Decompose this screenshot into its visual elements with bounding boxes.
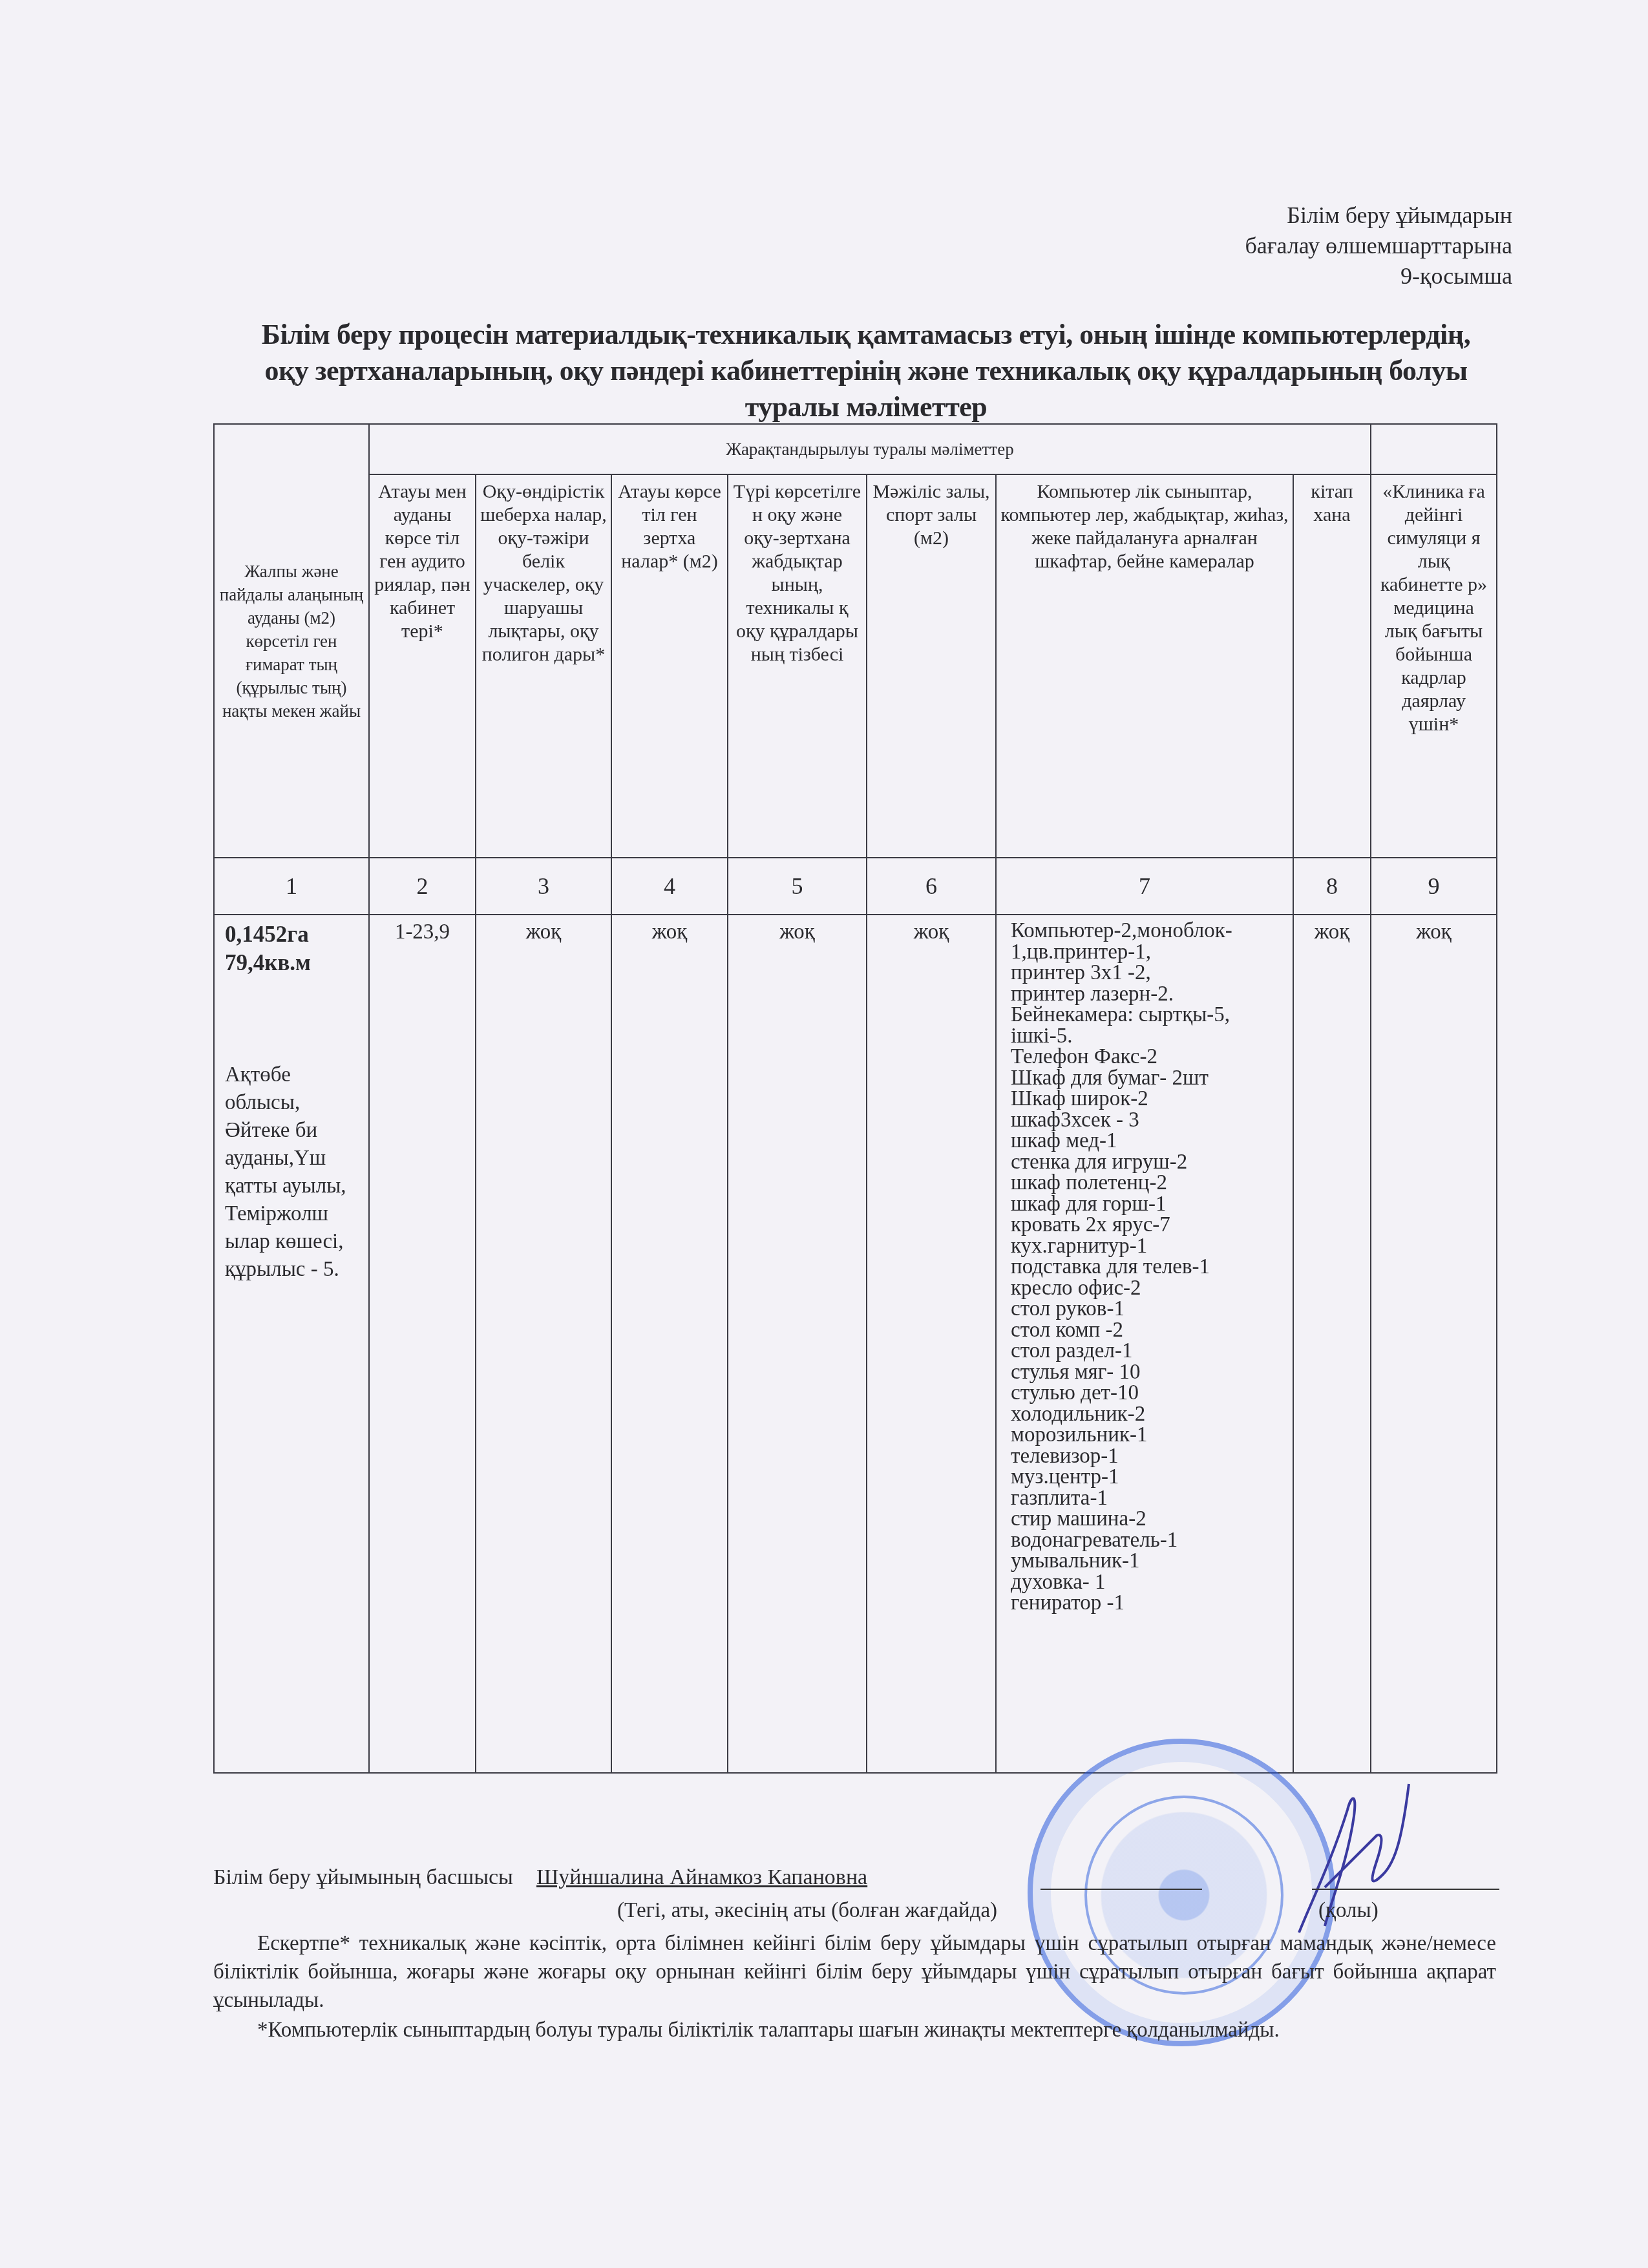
simulation-cabinets-cell: жоқ	[1371, 915, 1497, 1773]
lab-equipment-cell: жоқ	[728, 915, 867, 1773]
column-number: 1	[214, 858, 369, 915]
column-number: 8	[1293, 858, 1371, 915]
address-cell: 0,1452га 79,4кв.м Ақтөбе облысы, Әйтеке …	[214, 915, 369, 1773]
equipment-item: Компьютер-2,моноблок-	[1011, 920, 1289, 942]
column-number: 4	[611, 858, 728, 915]
name-caption: (Тегі, аты, әкесінің аты (болған жағдайд…	[617, 1899, 997, 1923]
equipment-item: стол комп -2	[1011, 1320, 1289, 1341]
sign-caption: (қолы)	[1318, 1899, 1379, 1923]
header-col-6: Мәжіліс залы, спорт залы (м2)	[867, 474, 996, 858]
halls-cell: жоқ	[867, 915, 996, 1773]
equipment-item: Шкаф для бумаг- 2шт	[1011, 1068, 1289, 1089]
column-number: 6	[867, 858, 996, 915]
equipment-item: стулья мяг- 10	[1011, 1362, 1289, 1383]
header-col-7: Компьютер лік сыныптар, компьютер лер, ж…	[996, 474, 1293, 858]
equipment-list-cell: Компьютер-2,моноблок-1,цв.принтер-1,прин…	[996, 915, 1293, 1773]
column-number-row: 1 2 3 4 5 6 7 8 9	[214, 858, 1497, 915]
equipment-item: стулью дет-10	[1011, 1383, 1289, 1404]
equipment-item: муз.центр-1	[1011, 1467, 1289, 1488]
library-cell: жоқ	[1293, 915, 1371, 1773]
equipment-item: подставка для телев-1	[1011, 1256, 1289, 1278]
group-header-empty	[1371, 424, 1497, 474]
equipment-item: гениратор -1	[1011, 1593, 1289, 1614]
equipment-item: стол руков-1	[1011, 1298, 1289, 1320]
header-col-5: Түрі көрсетілге н оқу және оқу-зертхана …	[728, 474, 867, 858]
column-number: 3	[476, 858, 611, 915]
equipment-item: шкаф3хсек - 3	[1011, 1110, 1289, 1131]
equipment-item: ішкі-5.	[1011, 1026, 1289, 1047]
equipment-item: 1,цв.принтер-1,	[1011, 942, 1289, 963]
document-title: Білім беру процесін материалдық-техникал…	[259, 317, 1474, 425]
equipment-item: Телефон Факс-2	[1011, 1046, 1289, 1068]
equipment-item: Бейнекамера: сыртқы-5,	[1011, 1004, 1289, 1026]
workshops-cell: жоқ	[476, 915, 611, 1773]
footnotes: Ескертпе* техникалық және кәсіптік, орта…	[213, 1929, 1496, 2046]
equipment-item: газплита-1	[1011, 1488, 1289, 1509]
appendix-line-1: Білім беру ұйымдарын	[1245, 200, 1512, 231]
equipment-item: кресло офис-2	[1011, 1278, 1289, 1299]
head-label: Білім беру ұйымының басшысы	[213, 1865, 513, 1890]
column-number: 7	[996, 858, 1293, 915]
head-name: Шуйншалина Айнамкоз Капановна	[536, 1865, 867, 1890]
signature-underline	[1312, 1889, 1499, 1890]
column-number: 2	[369, 858, 476, 915]
equipment-item: телевизор-1	[1011, 1446, 1289, 1467]
header-col-2: Атауы мен ауданы көрсе тіл ген аудито ри…	[369, 474, 476, 858]
appendix-line-2: бағалау өлшемшарттарына	[1245, 231, 1512, 261]
equipment-item: Шкаф широк-2	[1011, 1088, 1289, 1110]
equipment-item: шкаф полетенц-2	[1011, 1172, 1289, 1194]
equipment-list: Компьютер-2,моноблок-1,цв.принтер-1,прин…	[1011, 920, 1289, 1614]
equipment-item: духовка- 1	[1011, 1572, 1289, 1593]
equipment-item: принтер лазерн-2.	[1011, 984, 1289, 1005]
auditoriums-cell: 1-23,9	[369, 915, 476, 1773]
header-col-8: кітап хана	[1293, 474, 1371, 858]
equipment-item: принтер 3х1 -2,	[1011, 962, 1289, 984]
header-col-3: Оқу-өндірістік шеберха налар, оқу-тәжіри…	[476, 474, 611, 858]
header-col-4: Атауы көрсе тіл ген зертха налар* (м2)	[611, 474, 728, 858]
equipment-item: шкаф мед-1	[1011, 1130, 1289, 1152]
equipment-item: стир машина-2	[1011, 1509, 1289, 1530]
equipment-item: шкаф для горш-1	[1011, 1194, 1289, 1215]
equipment-item: холодильник-2	[1011, 1404, 1289, 1425]
equipment-item: умывальник-1	[1011, 1551, 1289, 1572]
header-col-1: Жалпы және пайдалы алаңының ауданы (м2) …	[214, 424, 369, 858]
area-value-sqm: 79,4кв.м	[225, 949, 364, 977]
appendix-line-3: 9-қосымша	[1245, 261, 1512, 291]
equipment-item: кровать 2х ярус-7	[1011, 1214, 1289, 1236]
address-text: Ақтөбе облысы, Әйтеке би ауданы,Үш қатты…	[225, 1061, 364, 1284]
footnote-2: *Компьютерлік сыныптардың болуы туралы б…	[213, 2016, 1496, 2044]
laboratories-cell: жоқ	[611, 915, 728, 1773]
equipment-item: морозильник-1	[1011, 1425, 1289, 1446]
equipment-item: стенка для игруш-2	[1011, 1152, 1289, 1173]
column-number: 5	[728, 858, 867, 915]
area-value: 0,1452га	[225, 920, 364, 949]
table-row: 0,1452га 79,4кв.м Ақтөбе облысы, Әйтеке …	[214, 915, 1497, 1773]
header-col-9: «Клиника ға дейінгі симуляци я лық кабин…	[1371, 474, 1497, 858]
handwritten-signature-icon	[1286, 1771, 1415, 1952]
appendix-reference: Білім беру ұйымдарын бағалау өлшемшартта…	[1245, 200, 1512, 291]
equipment-item: стол раздел-1	[1011, 1341, 1289, 1362]
signature-underline	[1041, 1889, 1202, 1890]
column-number: 9	[1371, 858, 1497, 915]
equipment-item: кух.гарнитур-1	[1011, 1236, 1289, 1257]
equipment-table: Жалпы және пайдалы алаңының ауданы (м2) …	[213, 423, 1497, 1774]
equipment-item: водонагреватель-1	[1011, 1530, 1289, 1551]
footnote-1: Ескертпе* техникалық және кәсіптік, орта…	[213, 1929, 1496, 2015]
group-header: Жарақтандырылуы туралы мәліметтер	[369, 424, 1371, 474]
